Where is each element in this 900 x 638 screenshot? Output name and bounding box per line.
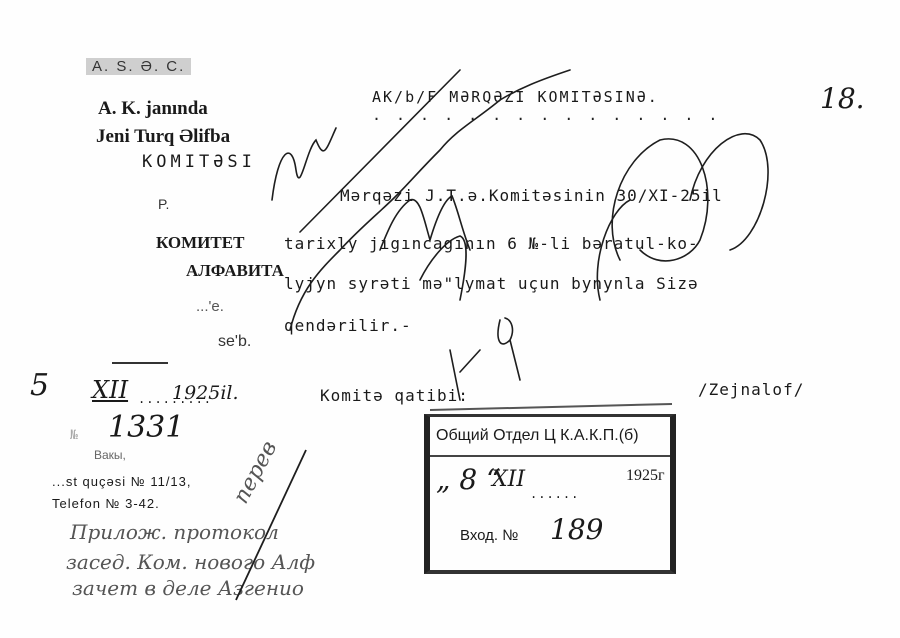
stamp-day: „ 8 “ <box>436 463 500 496</box>
stamp-incoming-number: 189 <box>550 513 603 546</box>
stamp-month: XII <box>492 467 525 492</box>
stamp-divider <box>430 455 670 457</box>
body-line-4: qendərilir.- <box>284 316 412 335</box>
phone-label: Telefon <box>52 496 101 511</box>
letterhead-line-1: A. K. janında <box>98 98 208 120</box>
margin-note-line-1: Прилож. протокол <box>70 520 279 544</box>
city-line: Baкы, <box>94 448 126 462</box>
stamp-date-dots: ...... <box>530 487 579 501</box>
stamp-year: 1925г <box>626 467 665 485</box>
letterhead-line-5: КОМИТЕТ <box>156 233 244 253</box>
margin-note-line-2: засед. Ком. нового Алф <box>66 550 315 574</box>
outgoing-number: 1331 <box>108 410 184 445</box>
outgoing-month: XII <box>92 376 128 404</box>
street-label: ...st quçəsi <box>52 474 126 489</box>
page-mark: 18. <box>820 82 865 115</box>
addressee: AK/b/F MƏRQƏZI KOMITƏSINƏ. <box>372 88 659 106</box>
letterhead-line-4: P. <box>158 196 169 212</box>
phone-number: № 3-42. <box>106 496 160 511</box>
document-page: A. S. Ə. C. A. K. janında Jeni Turq Əlif… <box>0 0 900 638</box>
letterhead-code: A. S. Ə. C. <box>86 58 191 75</box>
stamp-incoming-label: Вход. № <box>460 527 518 544</box>
signoff: Komitə qatibi: <box>320 386 469 405</box>
phone-line: Telefon № 3-42. <box>52 496 160 511</box>
body-line-3: lyjyn syrəti mə"lymat uçun bynynla Sizə <box>284 274 699 293</box>
outgoing-day: 5 <box>30 368 49 403</box>
street-number: № 11/13, <box>131 474 192 489</box>
body-line-1: Mərqəzi J.T.ə.Komitəsinin 30/XI-25il <box>340 186 723 205</box>
body-line-2: tarixly jıgıncagının 6 №-li bəratul-ko- <box>284 234 699 253</box>
margin-note-line-3: зачет в деле Азгенио <box>72 576 304 600</box>
vertical-note: перев <box>229 437 283 508</box>
registration-stamp: Общий Отдел Ц К.А.К.П.(б) „ 8 “ XII ....… <box>424 414 676 574</box>
outgoing-number-label: № <box>70 428 78 443</box>
signature-name: /Zejnalof/ <box>698 380 804 399</box>
street-line: ...st quçəsi № 11/13, <box>52 474 192 489</box>
outgoing-year: 1925il. <box>172 382 239 404</box>
letterhead-line-7: ...'e. <box>196 298 224 315</box>
letterhead-divider <box>112 362 168 364</box>
letterhead-line-8: se'b. <box>218 333 251 351</box>
letterhead-line-6: АЛФАВИТА <box>186 261 284 281</box>
letterhead-line-3: KOMITƏSI <box>142 152 256 172</box>
letterhead-line-2: Jeni Turq Əlifba <box>96 126 230 148</box>
addressee-dots: ............... <box>372 106 732 124</box>
stamp-title: Общий Отдел Ц К.А.К.П.(б) <box>436 427 639 445</box>
